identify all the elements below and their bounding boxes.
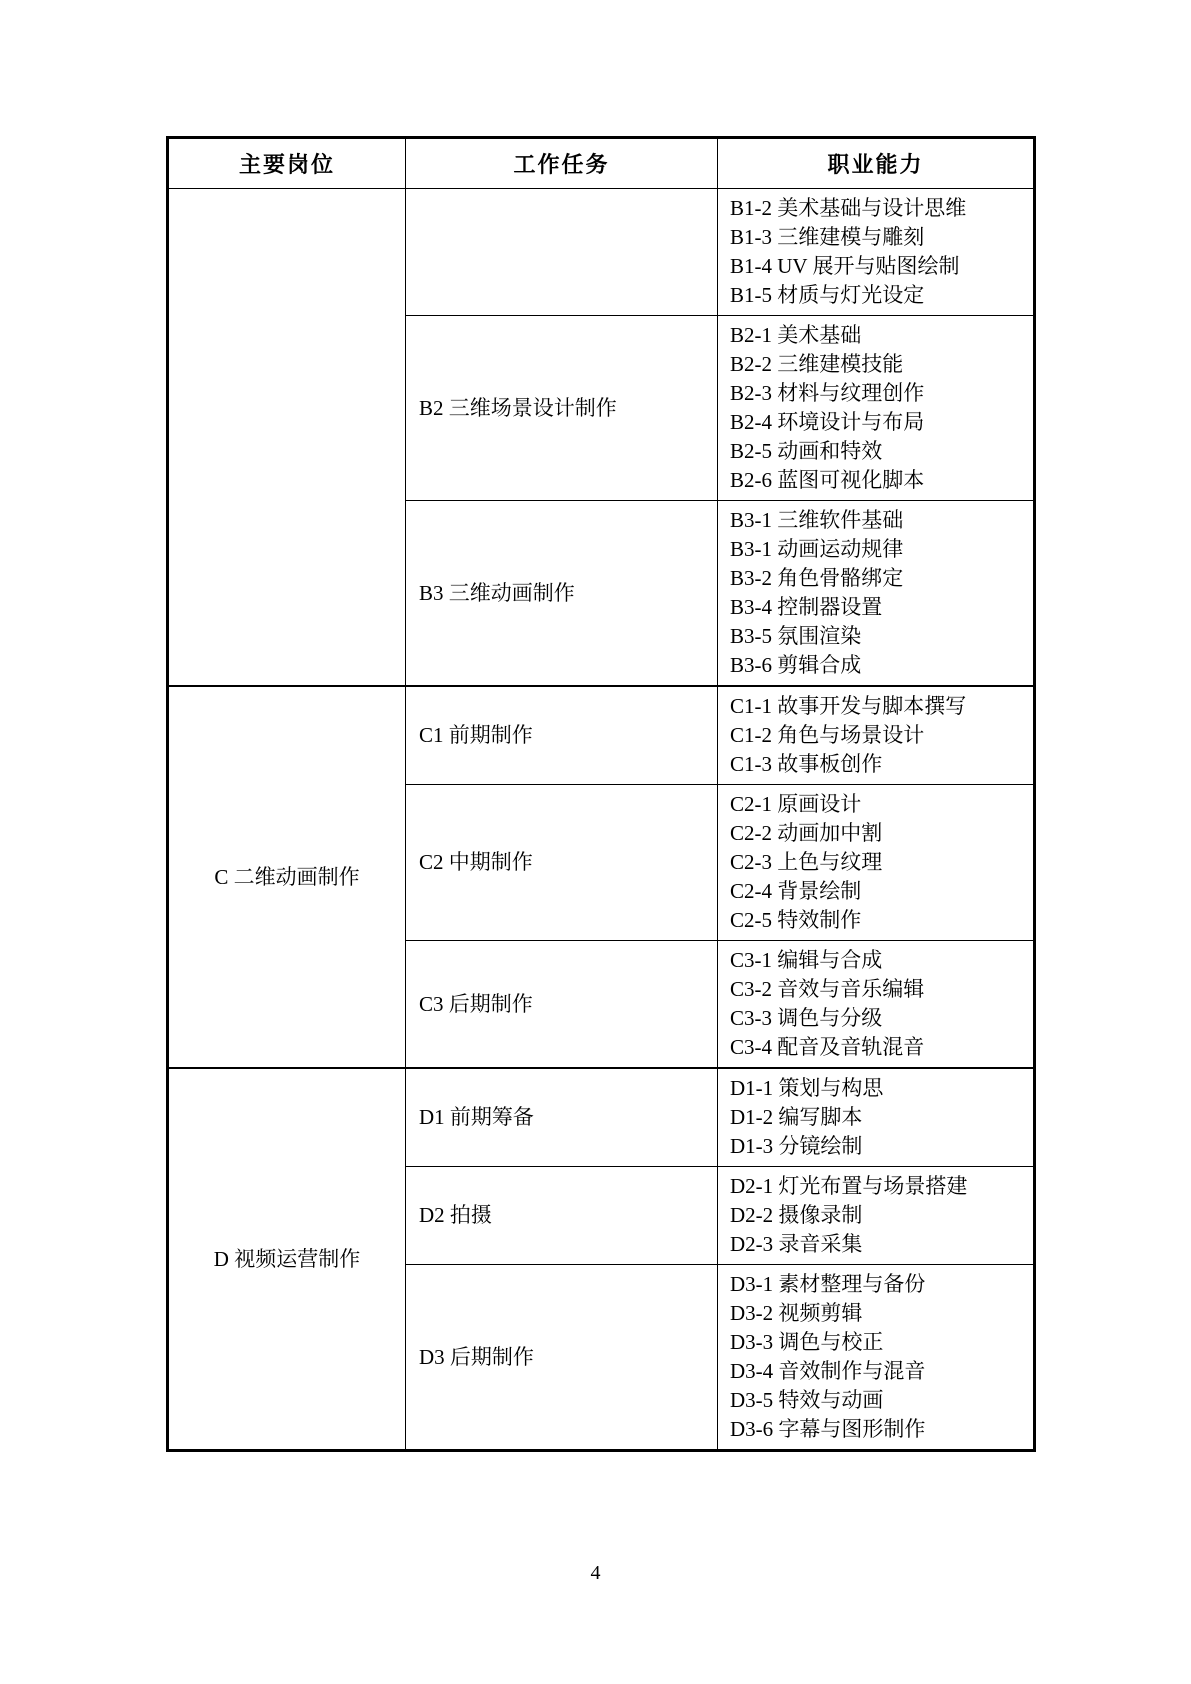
ability-item: B3-2 角色骨骼绑定 — [730, 564, 1025, 593]
ability-item: B1-3 三维建模与雕刻 — [730, 223, 1025, 252]
ability-item: C1-3 故事板创作 — [730, 750, 1025, 779]
job-competency-table: 主要岗位 工作任务 职业能力 B1-2 美术基础与设计思维B1-3 三维建模与雕… — [166, 136, 1036, 1452]
ability-item: B2-3 材料与纹理创作 — [730, 379, 1025, 408]
ability-item: C3-2 音效与音乐编辑 — [730, 975, 1025, 1004]
ability-cell: D1-1 策划与构思D1-2 编写脚本D1-3 分镜绘制 — [718, 1068, 1035, 1167]
ability-cell: B3-1 三维软件基础B3-1 动画运动规律B3-2 角色骨骼绑定B3-4 控制… — [718, 501, 1035, 687]
ability-item: B2-5 动画和特效 — [730, 437, 1025, 466]
ability-item: C1-2 角色与场景设计 — [730, 721, 1025, 750]
ability-item: C3-3 调色与分级 — [730, 1004, 1025, 1033]
ability-item: B2-1 美术基础 — [730, 321, 1025, 350]
document-page: 主要岗位 工作任务 职业能力 B1-2 美术基础与设计思维B1-3 三维建模与雕… — [0, 0, 1191, 1684]
ability-item: D3-5 特效与动画 — [730, 1386, 1025, 1415]
task-cell: B2 三维场景设计制作 — [406, 316, 718, 501]
page-number: 4 — [0, 1562, 1191, 1585]
task-cell: C1 前期制作 — [406, 686, 718, 785]
ability-item: B3-6 剪辑合成 — [730, 651, 1025, 680]
ability-item: D2-3 录音采集 — [730, 1230, 1025, 1259]
ability-item: B3-4 控制器设置 — [730, 593, 1025, 622]
task-cell — [406, 189, 718, 316]
ability-cell: C2-1 原画设计C2-2 动画加中割C2-3 上色与纹理C2-4 背景绘制C2… — [718, 785, 1035, 941]
col-header-task: 工作任务 — [406, 138, 718, 189]
ability-cell: C1-1 故事开发与脚本撰写C1-2 角色与场景设计C1-3 故事板创作 — [718, 686, 1035, 785]
ability-cell: D3-1 素材整理与备份D3-2 视频剪辑D3-3 调色与校正D3-4 音效制作… — [718, 1265, 1035, 1451]
ability-item: D1-2 编写脚本 — [730, 1103, 1025, 1132]
ability-item: B2-4 环境设计与布局 — [730, 408, 1025, 437]
ability-cell: B2-1 美术基础B2-2 三维建模技能B2-3 材料与纹理创作B2-4 环境设… — [718, 316, 1035, 501]
task-cell: C2 中期制作 — [406, 785, 718, 941]
ability-item: B3-5 氛围渲染 — [730, 622, 1025, 651]
ability-item: D3-2 视频剪辑 — [730, 1299, 1025, 1328]
task-cell: B3 三维动画制作 — [406, 501, 718, 687]
ability-item: C2-1 原画设计 — [730, 790, 1025, 819]
ability-item: C2-5 特效制作 — [730, 906, 1025, 935]
ability-cell: C3-1 编辑与合成C3-2 音效与音乐编辑C3-3 调色与分级C3-4 配音及… — [718, 941, 1035, 1069]
ability-item: C1-1 故事开发与脚本撰写 — [730, 692, 1025, 721]
ability-item: B1-2 美术基础与设计思维 — [730, 194, 1025, 223]
col-header-position: 主要岗位 — [168, 138, 406, 189]
ability-item: C3-1 编辑与合成 — [730, 946, 1025, 975]
ability-item: D1-1 策划与构思 — [730, 1074, 1025, 1103]
ability-item: D3-6 字幕与图形制作 — [730, 1415, 1025, 1444]
ability-item: C2-3 上色与纹理 — [730, 848, 1025, 877]
task-cell: D1 前期筹备 — [406, 1068, 718, 1167]
ability-item: D3-4 音效制作与混音 — [730, 1357, 1025, 1386]
ability-item: B2-6 蓝图可视化脚本 — [730, 466, 1025, 495]
ability-item: C3-4 配音及音轨混音 — [730, 1033, 1025, 1062]
table-row: B1-2 美术基础与设计思维B1-3 三维建模与雕刻B1-4 UV 展开与贴图绘… — [168, 189, 1035, 316]
ability-item: D2-2 摄像录制 — [730, 1201, 1025, 1230]
ability-item: C2-4 背景绘制 — [730, 877, 1025, 906]
ability-item: D3-1 素材整理与备份 — [730, 1270, 1025, 1299]
ability-item: C2-2 动画加中割 — [730, 819, 1025, 848]
table-row: D 视频运营制作D1 前期筹备D1-1 策划与构思D1-2 编写脚本D1-3 分… — [168, 1068, 1035, 1167]
ability-item: D3-3 调色与校正 — [730, 1328, 1025, 1357]
position-cell — [168, 189, 406, 687]
ability-cell: B1-2 美术基础与设计思维B1-3 三维建模与雕刻B1-4 UV 展开与贴图绘… — [718, 189, 1035, 316]
task-cell: D2 拍摄 — [406, 1167, 718, 1265]
position-cell: C 二维动画制作 — [168, 686, 406, 1068]
ability-item: D1-3 分镜绘制 — [730, 1132, 1025, 1161]
position-cell: D 视频运营制作 — [168, 1068, 406, 1451]
task-cell: C3 后期制作 — [406, 941, 718, 1069]
ability-item: B1-5 材质与灯光设定 — [730, 281, 1025, 310]
ability-item: B2-2 三维建模技能 — [730, 350, 1025, 379]
ability-item: B1-4 UV 展开与贴图绘制 — [730, 252, 1025, 281]
table-body: B1-2 美术基础与设计思维B1-3 三维建模与雕刻B1-4 UV 展开与贴图绘… — [168, 189, 1035, 1451]
table-row: C 二维动画制作C1 前期制作C1-1 故事开发与脚本撰写C1-2 角色与场景设… — [168, 686, 1035, 785]
ability-item: B3-1 动画运动规律 — [730, 535, 1025, 564]
col-header-ability: 职业能力 — [718, 138, 1035, 189]
task-cell: D3 后期制作 — [406, 1265, 718, 1451]
ability-item: D2-1 灯光布置与场景搭建 — [730, 1172, 1025, 1201]
ability-cell: D2-1 灯光布置与场景搭建D2-2 摄像录制D2-3 录音采集 — [718, 1167, 1035, 1265]
ability-item: B3-1 三维软件基础 — [730, 506, 1025, 535]
table-header-row: 主要岗位 工作任务 职业能力 — [168, 138, 1035, 189]
